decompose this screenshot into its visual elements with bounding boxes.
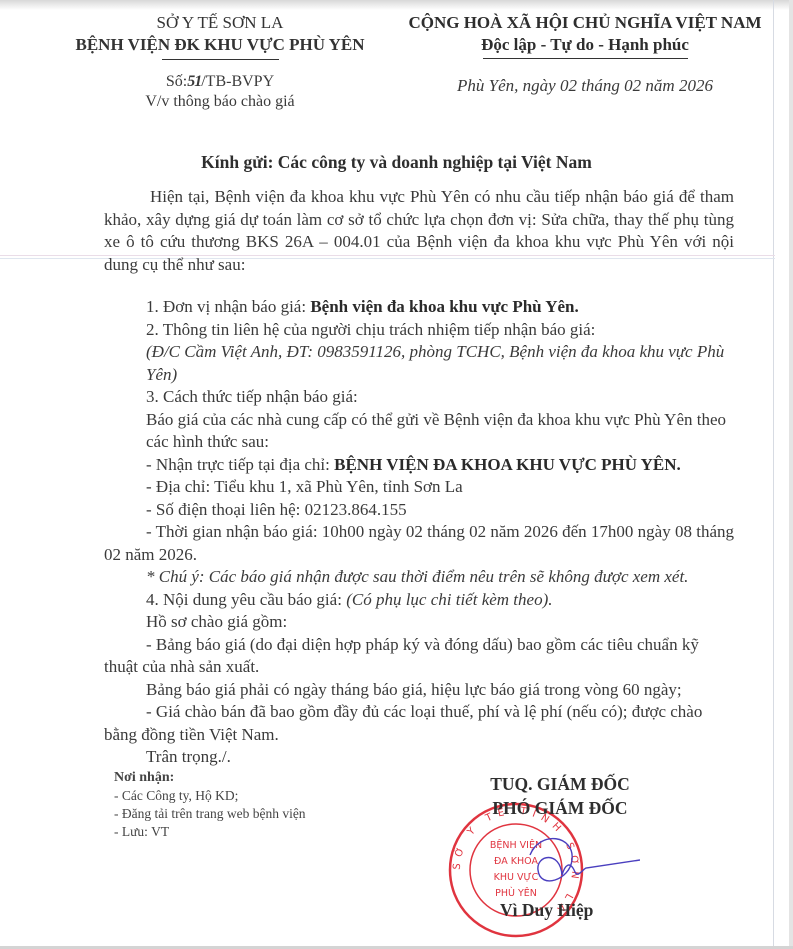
recipients-block: Nơi nhận: - Các Công ty, Hộ KD; - Đăng t… — [114, 769, 306, 841]
recipient-item: - Lưu: VT — [114, 823, 306, 841]
dossier-item-2: Bảng báo giá phải có ngày tháng báo giá,… — [104, 679, 734, 702]
recipient-item: - Đăng tải trên trang web bệnh viện — [114, 805, 306, 823]
closing: Trân trọng./. — [104, 746, 734, 769]
dossier-item-1: - Bảng báo giá (do đại diện hợp pháp ký … — [104, 634, 734, 679]
item-4: 4. Nội dung yêu cầu báo giá: (Có phụ lục… — [104, 589, 734, 612]
intro-paragraph: Hiện tại, Bệnh viện đa khoa khu vực Phù … — [104, 186, 734, 276]
department-name: SỞ Y TẾ SƠN LA — [60, 12, 380, 34]
issuer-header: SỞ Y TẾ SƠN LA BỆNH VIỆN ĐK KHU VỰC PHÙ … — [60, 12, 380, 112]
document-page: SỞ Y TẾ SƠN LA BỆNH VIỆN ĐK KHU VỰC PHÙ … — [0, 0, 793, 949]
doc-number-prefix: Số: — [166, 73, 187, 90]
contact-info: (Đ/C Cầm Việt Anh, ĐT: 0983591126, phòng… — [104, 341, 734, 386]
document-subject: V/v thông báo chào giá — [60, 92, 380, 112]
doc-number-suffix: /TB-BVPY — [201, 73, 274, 90]
direct-label: - Nhận trực tiếp tại địa chỉ: — [146, 455, 334, 474]
national-motto: Độc lập - Tự do - Hạnh phúc — [385, 34, 785, 56]
submission-methods: Báo giá của các nhà cung cấp có thể gửi … — [104, 409, 734, 454]
handwritten-signature — [520, 830, 640, 900]
motto-underline — [483, 58, 688, 59]
item-1-label: 1. Đơn vị nhận báo giá: — [146, 297, 310, 316]
note-line: * Chú ý: Các báo giá nhận được sau thời … — [104, 566, 734, 589]
dossier-title: Hồ sơ chào giá gồm: — [104, 611, 734, 634]
signer-name: Vì Duy Hiệp — [500, 900, 593, 921]
recipient-item: - Các Công ty, Hộ KD; — [114, 787, 306, 805]
item-1-value: Bệnh viện đa khoa khu vực Phù Yên. — [310, 297, 578, 316]
header-underline — [162, 59, 279, 60]
recipients-title: Nơi nhận: — [114, 769, 306, 787]
salutation: Kính gửi: Các công ty và doanh nghiệp tạ… — [0, 152, 793, 173]
direct-value: BỆNH VIỆN ĐA KHOA KHU VỰC PHÙ YÊN. — [334, 455, 681, 474]
national-header: CỘNG HOÀ XÃ HỘI CHỦ NGHĨA VIỆT NAM Độc l… — [385, 12, 785, 97]
time-window: - Thời gian nhận báo giá: 10h00 ngày 02 … — [104, 521, 734, 566]
hospital-name: BỆNH VIỆN ĐK KHU VỰC PHÙ YÊN — [60, 34, 380, 56]
signer-authority: TUQ. GIÁM ĐỐC — [450, 772, 670, 796]
address-line: - Địa chỉ: Tiểu khu 1, xã Phù Yên, tỉnh … — [104, 476, 734, 499]
document-number: Số:51/TB-BVPY — [60, 72, 380, 92]
item-1: 1. Đơn vị nhận báo giá: Bệnh viện đa kho… — [104, 296, 734, 319]
place-date: Phù Yên, ngày 02 tháng 02 năm 2026 — [385, 75, 785, 97]
item-2: 2. Thông tin liên hệ của người chịu trác… — [104, 319, 734, 342]
direct-submission: - Nhận trực tiếp tại địa chỉ: BỆNH VIỆN … — [104, 454, 734, 477]
item-4-value: (Có phụ lục chi tiết kèm theo). — [346, 590, 552, 609]
item-4-label: 4. Nội dung yêu cầu báo giá: — [146, 590, 346, 609]
notice-content: 1. Đơn vị nhận báo giá: Bệnh viện đa kho… — [104, 296, 734, 769]
signature-block: TUQ. GIÁM ĐỐC PHÓ GIÁM ĐỐC — [450, 772, 670, 820]
nation-title: CỘNG HOÀ XÃ HỘI CHỦ NGHĨA VIỆT NAM — [385, 12, 785, 34]
signer-title: PHÓ GIÁM ĐỐC — [450, 796, 670, 820]
dossier-item-3: - Giá chào bán đã bao gồm đầy đủ các loạ… — [104, 701, 734, 746]
doc-number-value: 51 — [187, 73, 201, 90]
phone-line: - Số điện thoại liên hệ: 02123.864.155 — [104, 499, 734, 522]
item-3: 3. Cách thức tiếp nhận báo giá: — [104, 386, 734, 409]
